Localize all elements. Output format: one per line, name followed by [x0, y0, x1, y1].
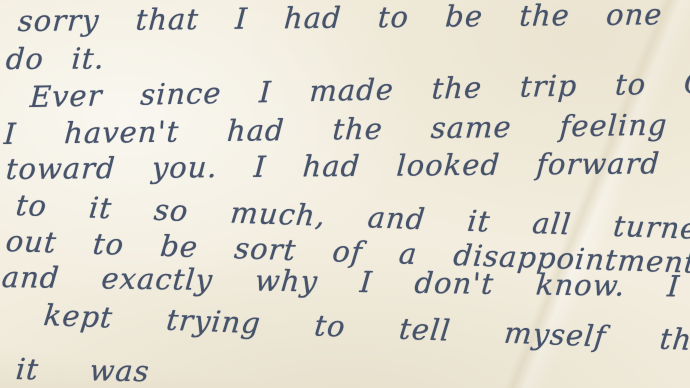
letter-line: do it.	[5, 41, 106, 76]
letter-line: it was	[15, 352, 152, 388]
letter-line: toward you. I had looked forward	[5, 146, 661, 186]
letter-page: sorry that I had to be the one to do it.…	[0, 0, 690, 388]
letter-line: I haven't had the same feeling	[3, 108, 668, 151]
letter-line: Ever since I made the trip to Calif	[29, 65, 690, 114]
letter-line: sorry that I had to be the one to	[17, 0, 690, 38]
letter-line: kept trying to tell myself that	[42, 298, 690, 358]
